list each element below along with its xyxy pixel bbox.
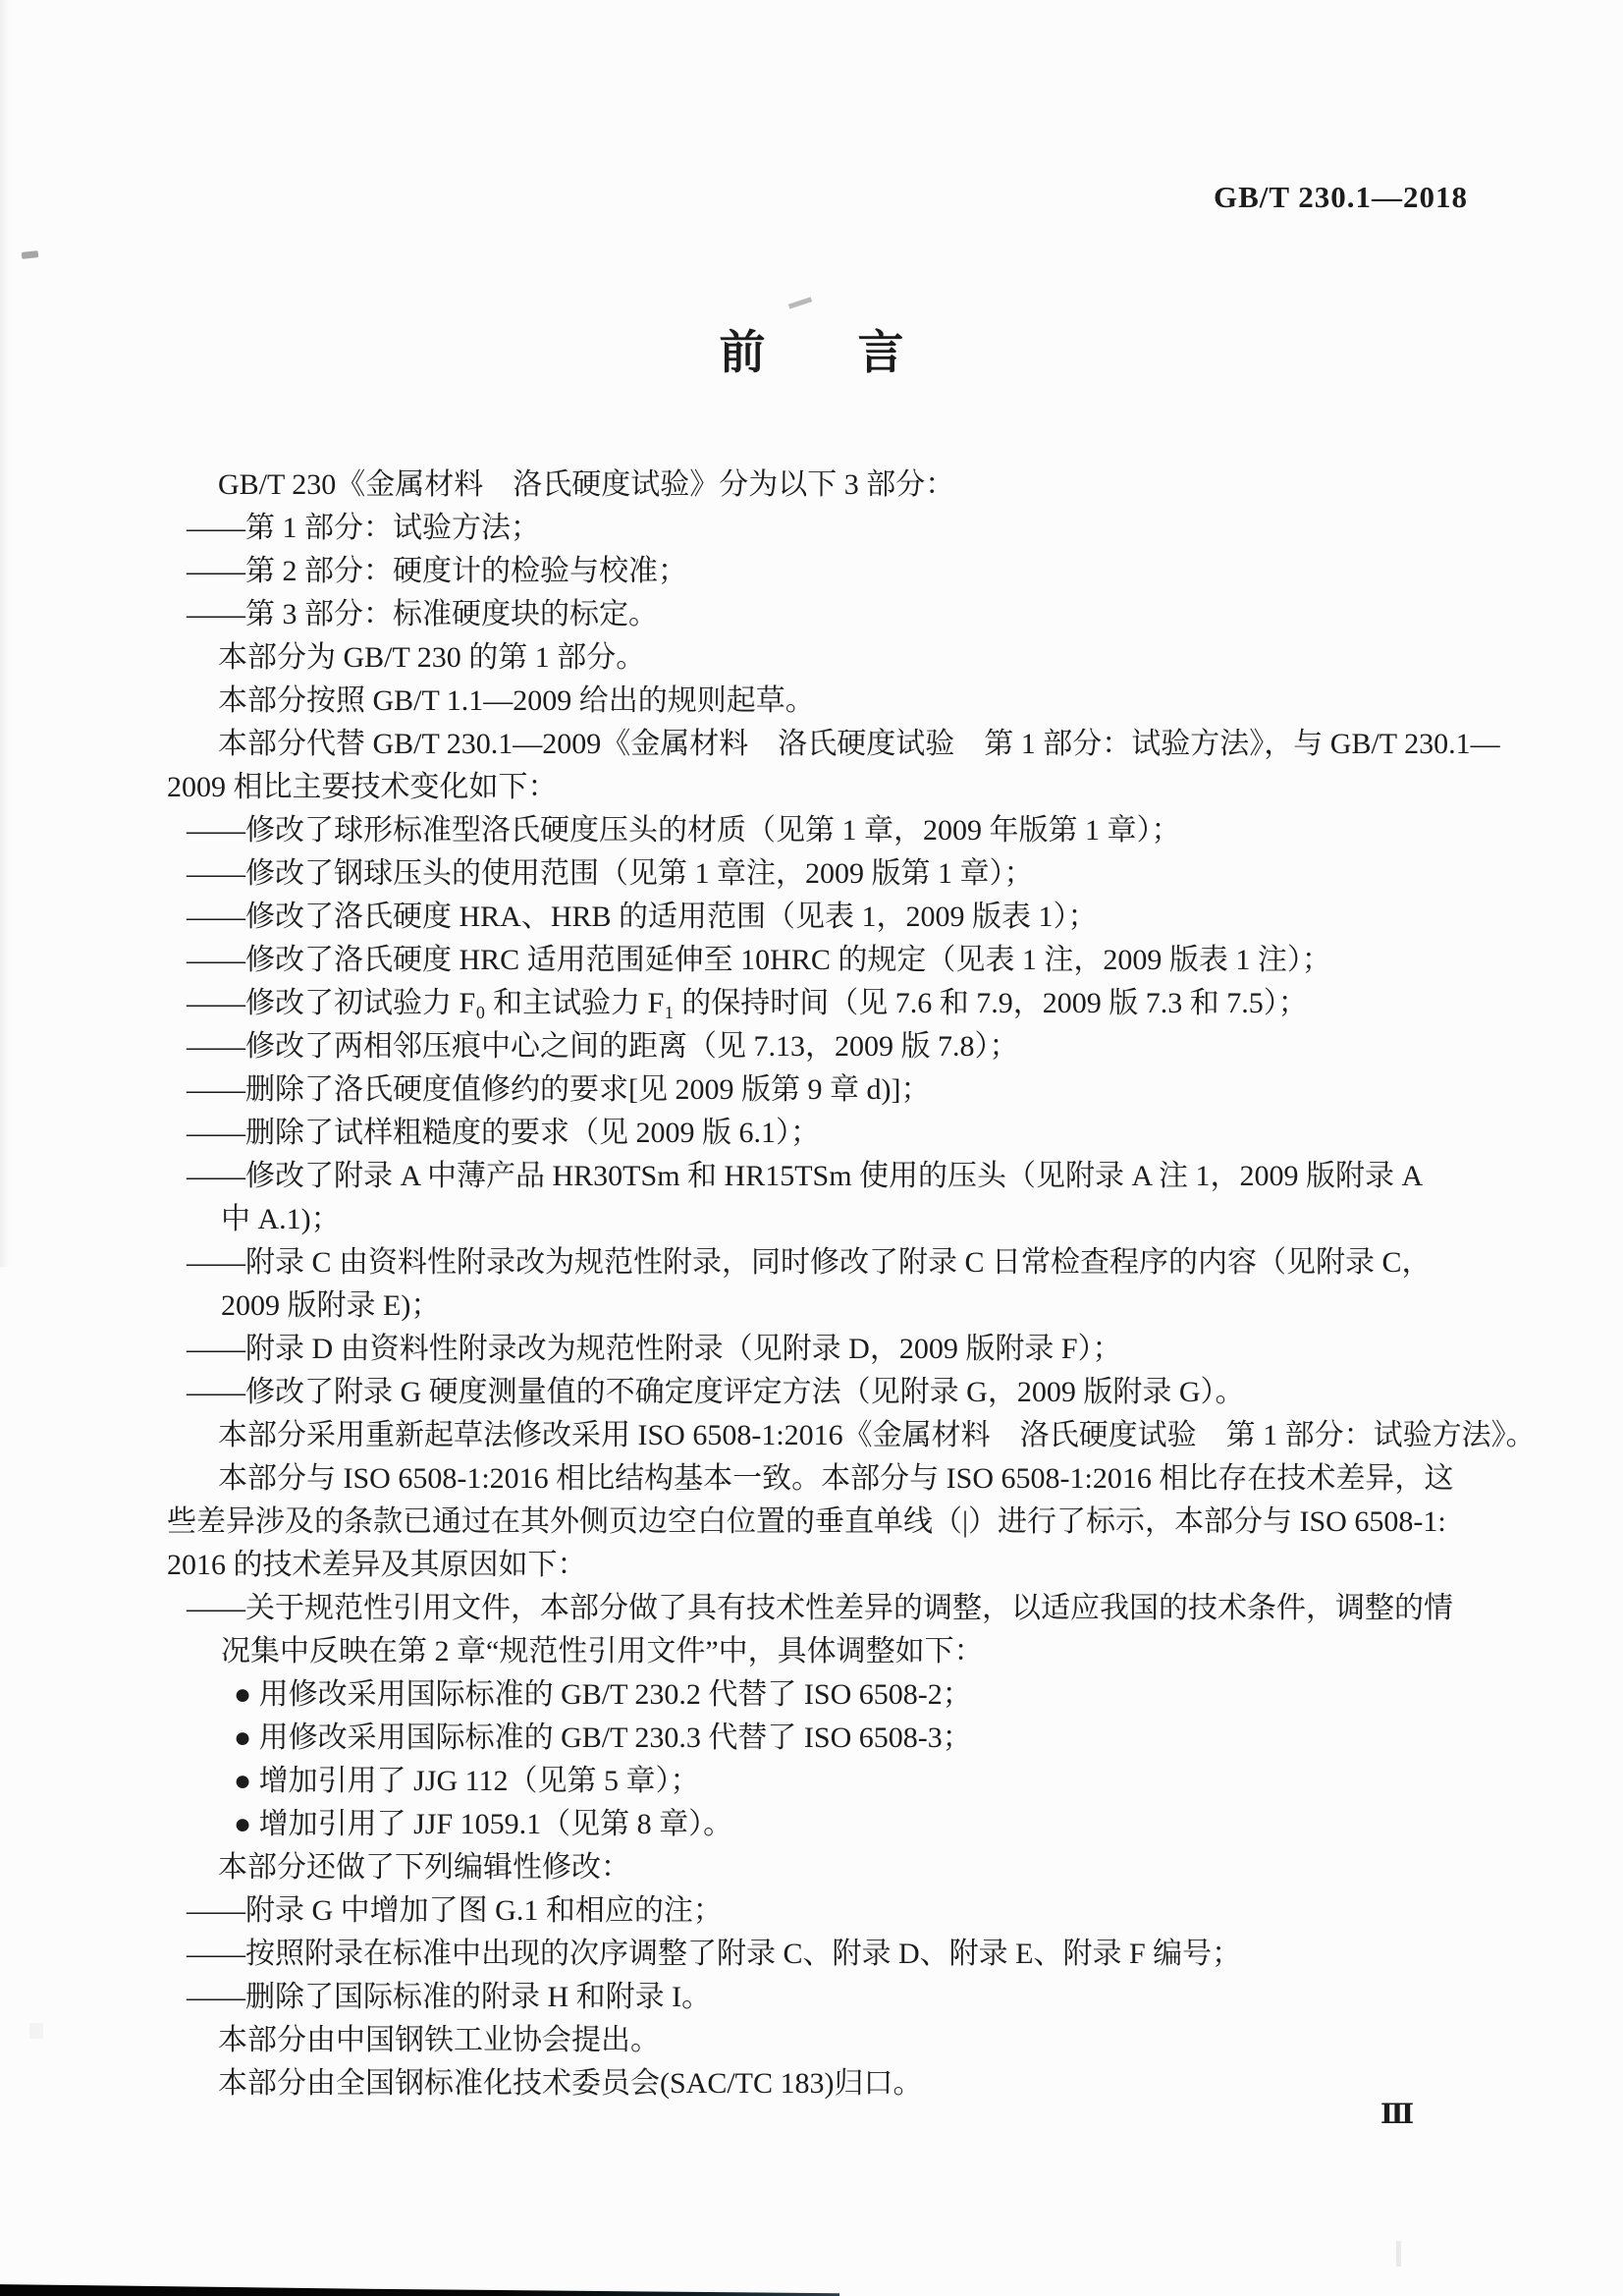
- page-number: Ⅲ: [1380, 2098, 1414, 2131]
- text-line: 本部分还做了下列编辑性修改：: [167, 1846, 1473, 1889]
- paragraph: ● 增加引用了 JJG 112（见第 5 章）；: [167, 1760, 1473, 1803]
- paragraph: ——修改了附录 A 中薄产品 HR30TSm 和 HR15TSm 使用的压头（见…: [167, 1155, 1473, 1241]
- text-line: ——删除了试样粗糙度的要求（见 2009 版 6.1）；: [167, 1112, 1473, 1155]
- text-line: 本部分代替 GB/T 230.1—2009《金属材料 洛氏硬度试验 第 1 部分…: [167, 723, 1473, 766]
- paragraph: ● 用修改采用国际标准的 GB/T 230.2 代替了 ISO 6508-2；: [167, 1673, 1473, 1717]
- paragraph: ——第 2 部分：硬度计的检验与校准；: [167, 550, 1473, 593]
- paragraph: ——修改了附录 G 硬度测量值的不确定度评定方法（见附录 G，2009 版附录 …: [167, 1371, 1473, 1414]
- paragraph: GB/T 230《金属材料 洛氏硬度试验》分为以下 3 部分：: [167, 464, 1473, 507]
- text-line: 些差异涉及的条款已通过在其外侧页边空白位置的垂直单线（|）进行了标示，本部分与 …: [167, 1501, 1473, 1544]
- text-line: ——附录 C 由资料性附录改为规范性附录，同时修改了附录 C 日常检查程序的内容…: [167, 1241, 1473, 1285]
- text-line: ● 增加引用了 JJF 1059.1（见第 8 章）。: [167, 1803, 1473, 1846]
- text-line: 况集中反映在第 2 章“规范性引用文件”中，具体调整如下：: [167, 1630, 1473, 1673]
- scan-smudge-mark: [788, 297, 812, 308]
- document-page: GB/T 230.1—2018 前 言 GB/T 230《金属材料 洛氏硬度试验…: [0, 0, 1623, 2296]
- text-line: ——修改了洛氏硬度 HRC 适用范围延伸至 10HRC 的规定（见表 1 注，2…: [167, 939, 1473, 982]
- text-line: ——附录 D 由资料性附录改为规范性附录（见附录 D，2009 版附录 F）；: [167, 1328, 1473, 1371]
- text-line: 本部分采用重新起草法修改采用 ISO 6508-1:2016《金属材料 洛氏硬度…: [167, 1414, 1473, 1457]
- text-line: 本部分按照 GB/T 1.1—2009 给出的规则起草。: [167, 680, 1473, 723]
- text-line: ——修改了球形标准型洛氏硬度压头的材质（见第 1 章，2009 年版第 1 章）…: [167, 809, 1473, 852]
- paragraph: 本部分由中国钢铁工业协会提出。: [167, 2019, 1473, 2062]
- paragraph: ——附录 C 由资料性附录改为规范性附录，同时修改了附录 C 日常检查程序的内容…: [167, 1241, 1473, 1328]
- text-line: ——修改了初试验力 F₀ 和主试验力 F₁ 的保持时间（见 7.6 和 7.9，…: [167, 982, 1473, 1025]
- paragraph: 本部分代替 GB/T 230.1—2009《金属材料 洛氏硬度试验 第 1 部分…: [167, 723, 1473, 809]
- text-line: ——第 1 部分：试验方法；: [167, 507, 1473, 550]
- text-line: 2009 版附录 E)；: [167, 1285, 1473, 1328]
- text-line: ——附录 G 中增加了图 G.1 和相应的注；: [167, 1889, 1473, 1933]
- text-line: 2009 相比主要技术变化如下：: [167, 766, 1473, 809]
- paragraph: ——删除了试样粗糙度的要求（见 2009 版 6.1）；: [167, 1112, 1473, 1155]
- paragraph: 本部分按照 GB/T 1.1—2009 给出的规则起草。: [167, 680, 1473, 723]
- text-line: ——删除了国际标准的附录 H 和附录 I。: [167, 1976, 1473, 2019]
- paragraph: 本部分为 GB/T 230 的第 1 部分。: [167, 636, 1473, 680]
- paragraph: 本部分还做了下列编辑性修改：: [167, 1846, 1473, 1889]
- paragraph: ——修改了钢球压头的使用范围（见第 1 章注，2009 版第 1 章）；: [167, 852, 1473, 896]
- paragraph: 本部分采用重新起草法修改采用 ISO 6508-1:2016《金属材料 洛氏硬度…: [167, 1414, 1473, 1457]
- paragraph: ● 用修改采用国际标准的 GB/T 230.3 代替了 ISO 6508-3；: [167, 1717, 1473, 1760]
- scan-faint-mark: [1396, 2241, 1401, 2267]
- text-line: ● 用修改采用国际标准的 GB/T 230.2 代替了 ISO 6508-2；: [167, 1673, 1473, 1717]
- text-line: ——修改了洛氏硬度 HRA、HRB 的适用范围（见表 1，2009 版表 1）；: [167, 896, 1473, 939]
- scan-left-edge-shadow: [0, 0, 10, 1267]
- text-line: ——第 2 部分：硬度计的检验与校准；: [167, 550, 1473, 593]
- text-line: 2016 的技术差异及其原因如下：: [167, 1544, 1473, 1587]
- paragraph: ——修改了洛氏硬度 HRA、HRB 的适用范围（见表 1，2009 版表 1）；: [167, 896, 1473, 939]
- paragraph: ——关于规范性引用文件，本部分做了具有技术性差异的调整，以适应我国的技术条件，调…: [167, 1587, 1473, 1673]
- paragraph: ● 增加引用了 JJF 1059.1（见第 8 章）。: [167, 1803, 1473, 1846]
- paragraph: ——修改了两相邻压痕中心之间的距离（见 7.13，2009 版 7.8）；: [167, 1025, 1473, 1068]
- text-line: ——关于规范性引用文件，本部分做了具有技术性差异的调整，以适应我国的技术条件，调…: [167, 1587, 1473, 1630]
- paragraph: ——修改了初试验力 F₀ 和主试验力 F₁ 的保持时间（见 7.6 和 7.9，…: [167, 982, 1473, 1025]
- paragraph: ——修改了球形标准型洛氏硬度压头的材质（见第 1 章，2009 年版第 1 章）…: [167, 809, 1473, 852]
- scan-bottom-bar-artifact: [0, 2279, 839, 2296]
- text-line: ——修改了附录 G 硬度测量值的不确定度评定方法（见附录 G，2009 版附录 …: [167, 1371, 1473, 1414]
- text-line: 本部分由全国钢标准化技术委员会(SAC/TC 183)归口。: [167, 2062, 1473, 2105]
- text-line: ——修改了两相邻压痕中心之间的距离（见 7.13，2009 版 7.8）；: [167, 1025, 1473, 1068]
- text-line: 本部分为 GB/T 230 的第 1 部分。: [167, 636, 1473, 680]
- paragraph: ——修改了洛氏硬度 HRC 适用范围延伸至 10HRC 的规定（见表 1 注，2…: [167, 939, 1473, 982]
- paragraph: ——第 3 部分：标准硬度块的标定。: [167, 593, 1473, 636]
- paragraph: 本部分由全国钢标准化技术委员会(SAC/TC 183)归口。: [167, 2062, 1473, 2105]
- text-line: 本部分由中国钢铁工业协会提出。: [167, 2019, 1473, 2062]
- paragraph: ——删除了国际标准的附录 H 和附录 I。: [167, 1976, 1473, 2019]
- paragraph: ——附录 D 由资料性附录改为规范性附录（见附录 D，2009 版附录 F）；: [167, 1328, 1473, 1371]
- paragraph: 本部分与 ISO 6508-1:2016 相比结构基本一致。本部分与 ISO 6…: [167, 1457, 1473, 1587]
- text-line: 中 A.1)；: [167, 1198, 1473, 1241]
- text-line: ● 用修改采用国际标准的 GB/T 230.3 代替了 ISO 6508-3；: [167, 1717, 1473, 1760]
- scan-faint-mark: [29, 2023, 43, 2039]
- paragraph: ——删除了洛氏硬度值修约的要求[见 2009 版第 9 章 d)]；: [167, 1068, 1473, 1112]
- text-line: GB/T 230《金属材料 洛氏硬度试验》分为以下 3 部分：: [167, 464, 1473, 507]
- standard-number-header: GB/T 230.1—2018: [1214, 180, 1468, 215]
- page-title: 前 言: [0, 316, 1623, 382]
- paragraph: ——第 1 部分：试验方法；: [167, 507, 1473, 550]
- text-line: ——修改了钢球压头的使用范围（见第 1 章注，2009 版第 1 章）；: [167, 852, 1473, 896]
- paragraph: ——按照附录在标准中出现的次序调整了附录 C、附录 D、附录 E、附录 F 编号…: [167, 1933, 1473, 1976]
- text-line: ——按照附录在标准中出现的次序调整了附录 C、附录 D、附录 E、附录 F 编号…: [167, 1933, 1473, 1976]
- text-line: ——修改了附录 A 中薄产品 HR30TSm 和 HR15TSm 使用的压头（见…: [167, 1155, 1473, 1198]
- paragraph: ——附录 G 中增加了图 G.1 和相应的注；: [167, 1889, 1473, 1933]
- text-line: ——删除了洛氏硬度值修约的要求[见 2009 版第 9 章 d)]；: [167, 1068, 1473, 1112]
- text-line: 本部分与 ISO 6508-1:2016 相比结构基本一致。本部分与 ISO 6…: [167, 1457, 1473, 1501]
- text-line: ——第 3 部分：标准硬度块的标定。: [167, 593, 1473, 636]
- scan-smudge-mark: [22, 250, 39, 259]
- text-line: ● 增加引用了 JJG 112（见第 5 章）；: [167, 1760, 1473, 1803]
- body-text: GB/T 230《金属材料 洛氏硬度试验》分为以下 3 部分：——第 1 部分：…: [167, 464, 1473, 2105]
